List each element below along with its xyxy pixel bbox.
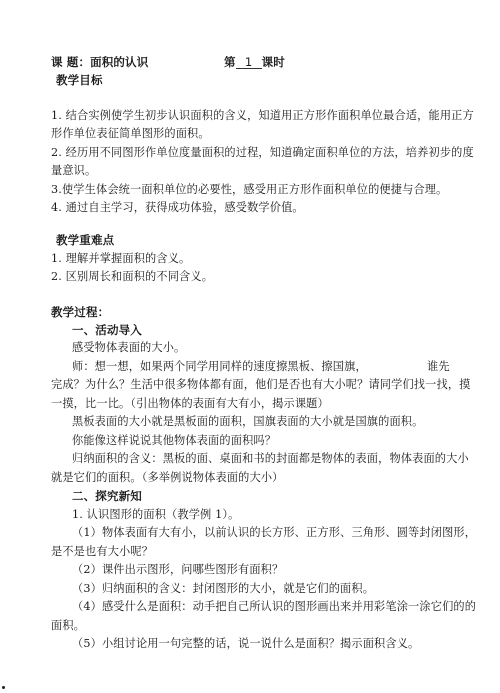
section1-heading: 一、活动导入	[72, 323, 142, 337]
bullet-dot-mark	[2, 686, 5, 689]
paragraph-line: 完成？为什么？生活中很多物体都有面，他们是否也有大小呢？请同学们找一找，摸	[51, 378, 471, 392]
section2-heading: 二、探究新知	[72, 489, 142, 503]
topic-title: 课 题：面积的认识	[51, 55, 148, 69]
objective-line: 3.使学生体会统一面积单位的必要性，感受用正方形作面积单位的便捷与合理。	[51, 183, 447, 197]
paragraph-line: （2）课件出示图形，问哪些图形有面积？	[72, 563, 283, 577]
paragraph-line: 师：想一想，如果两个同学用同样的速度擦黑板、擦国旗，	[72, 360, 367, 374]
topic-label: 课 题：	[51, 55, 90, 69]
paragraph-line: 一摸，比一比。（引出物体的表面有大有小，揭示课题）	[51, 397, 329, 411]
paragraph-line: （4）感受什么是面积：动手把自己所认识的图形画出来并用彩笔涂一涂它们的的	[72, 600, 476, 614]
title-row: 课 题：面积的认识 第1课时	[51, 55, 471, 71]
objective-line: 量意识。	[51, 164, 96, 178]
paragraph-line: （1）物体表面有大有小，以前认识的长方形、正方形、三角形、圆等封闭图形，	[72, 526, 476, 540]
lesson-plan-page: 课 题：面积的认识 第1课时 教学目标 1. 结合实例使学生初步认识面积的含义，…	[0, 0, 500, 693]
paragraph-line: 感受物体表面的大小。	[72, 341, 185, 355]
key-point-line: 1. 理解并掌握面积的含义。	[51, 252, 190, 266]
paragraph-line: （3）归纳面积的含义：封闭图形的大小，就是它们的面积。	[72, 582, 374, 596]
lesson-prefix: 第	[224, 55, 236, 69]
objective-line: 2. 经历用不同图形作单位度量面积的过程，知道确定面积单位的方法，培养初步的度	[51, 146, 474, 160]
objective-line: 形作单位表征简单图形的面积。	[51, 127, 210, 141]
key-points-heading: 教学重难点	[56, 233, 114, 247]
paragraph-line: 谁先	[427, 360, 450, 374]
key-point-line: 2. 区别周长和面积的不同含义。	[51, 270, 213, 284]
lesson-count: 第1课时	[224, 55, 285, 69]
paragraph-line: 黑板表面的大小就是黑板面的面积，国旗表面的大小就是国旗的面积。	[72, 415, 423, 429]
paragraph-line: 归纳面积的含义：黑板的面、桌面和书的封面都是物体的表面，物体表面的大小	[72, 452, 469, 466]
objectives-heading: 教学目标	[56, 73, 103, 87]
objective-line: 4. 通过自主学习，获得成功体验，感受数学价值。	[51, 201, 304, 215]
paragraph-line: 面积。	[51, 619, 85, 633]
objective-line: 1. 结合实例使学生初步认识面积的含义，知道用正方形作面积单位最合适，能用正方	[51, 109, 474, 123]
lesson-number: 1	[236, 56, 262, 69]
paragraph-line: 你能像这样说说其他物体表面的面积吗？	[72, 434, 276, 448]
paragraph-line: （5）小组讨论用一句完整的话，说一说什么是面积？揭示面积含义。	[72, 637, 419, 651]
paragraph-line: 就是它们的面积。（多举例说物体表面的大小）	[51, 471, 284, 485]
topic-name: 面积的认识	[90, 55, 148, 69]
lesson-suffix: 课时	[262, 55, 285, 69]
process-heading: 教学过程：	[51, 305, 109, 319]
paragraph-line: 1. 认识图形的面积（教学例 1）。	[72, 508, 239, 522]
paragraph-line: 是不是也有大小呢？	[51, 545, 153, 559]
